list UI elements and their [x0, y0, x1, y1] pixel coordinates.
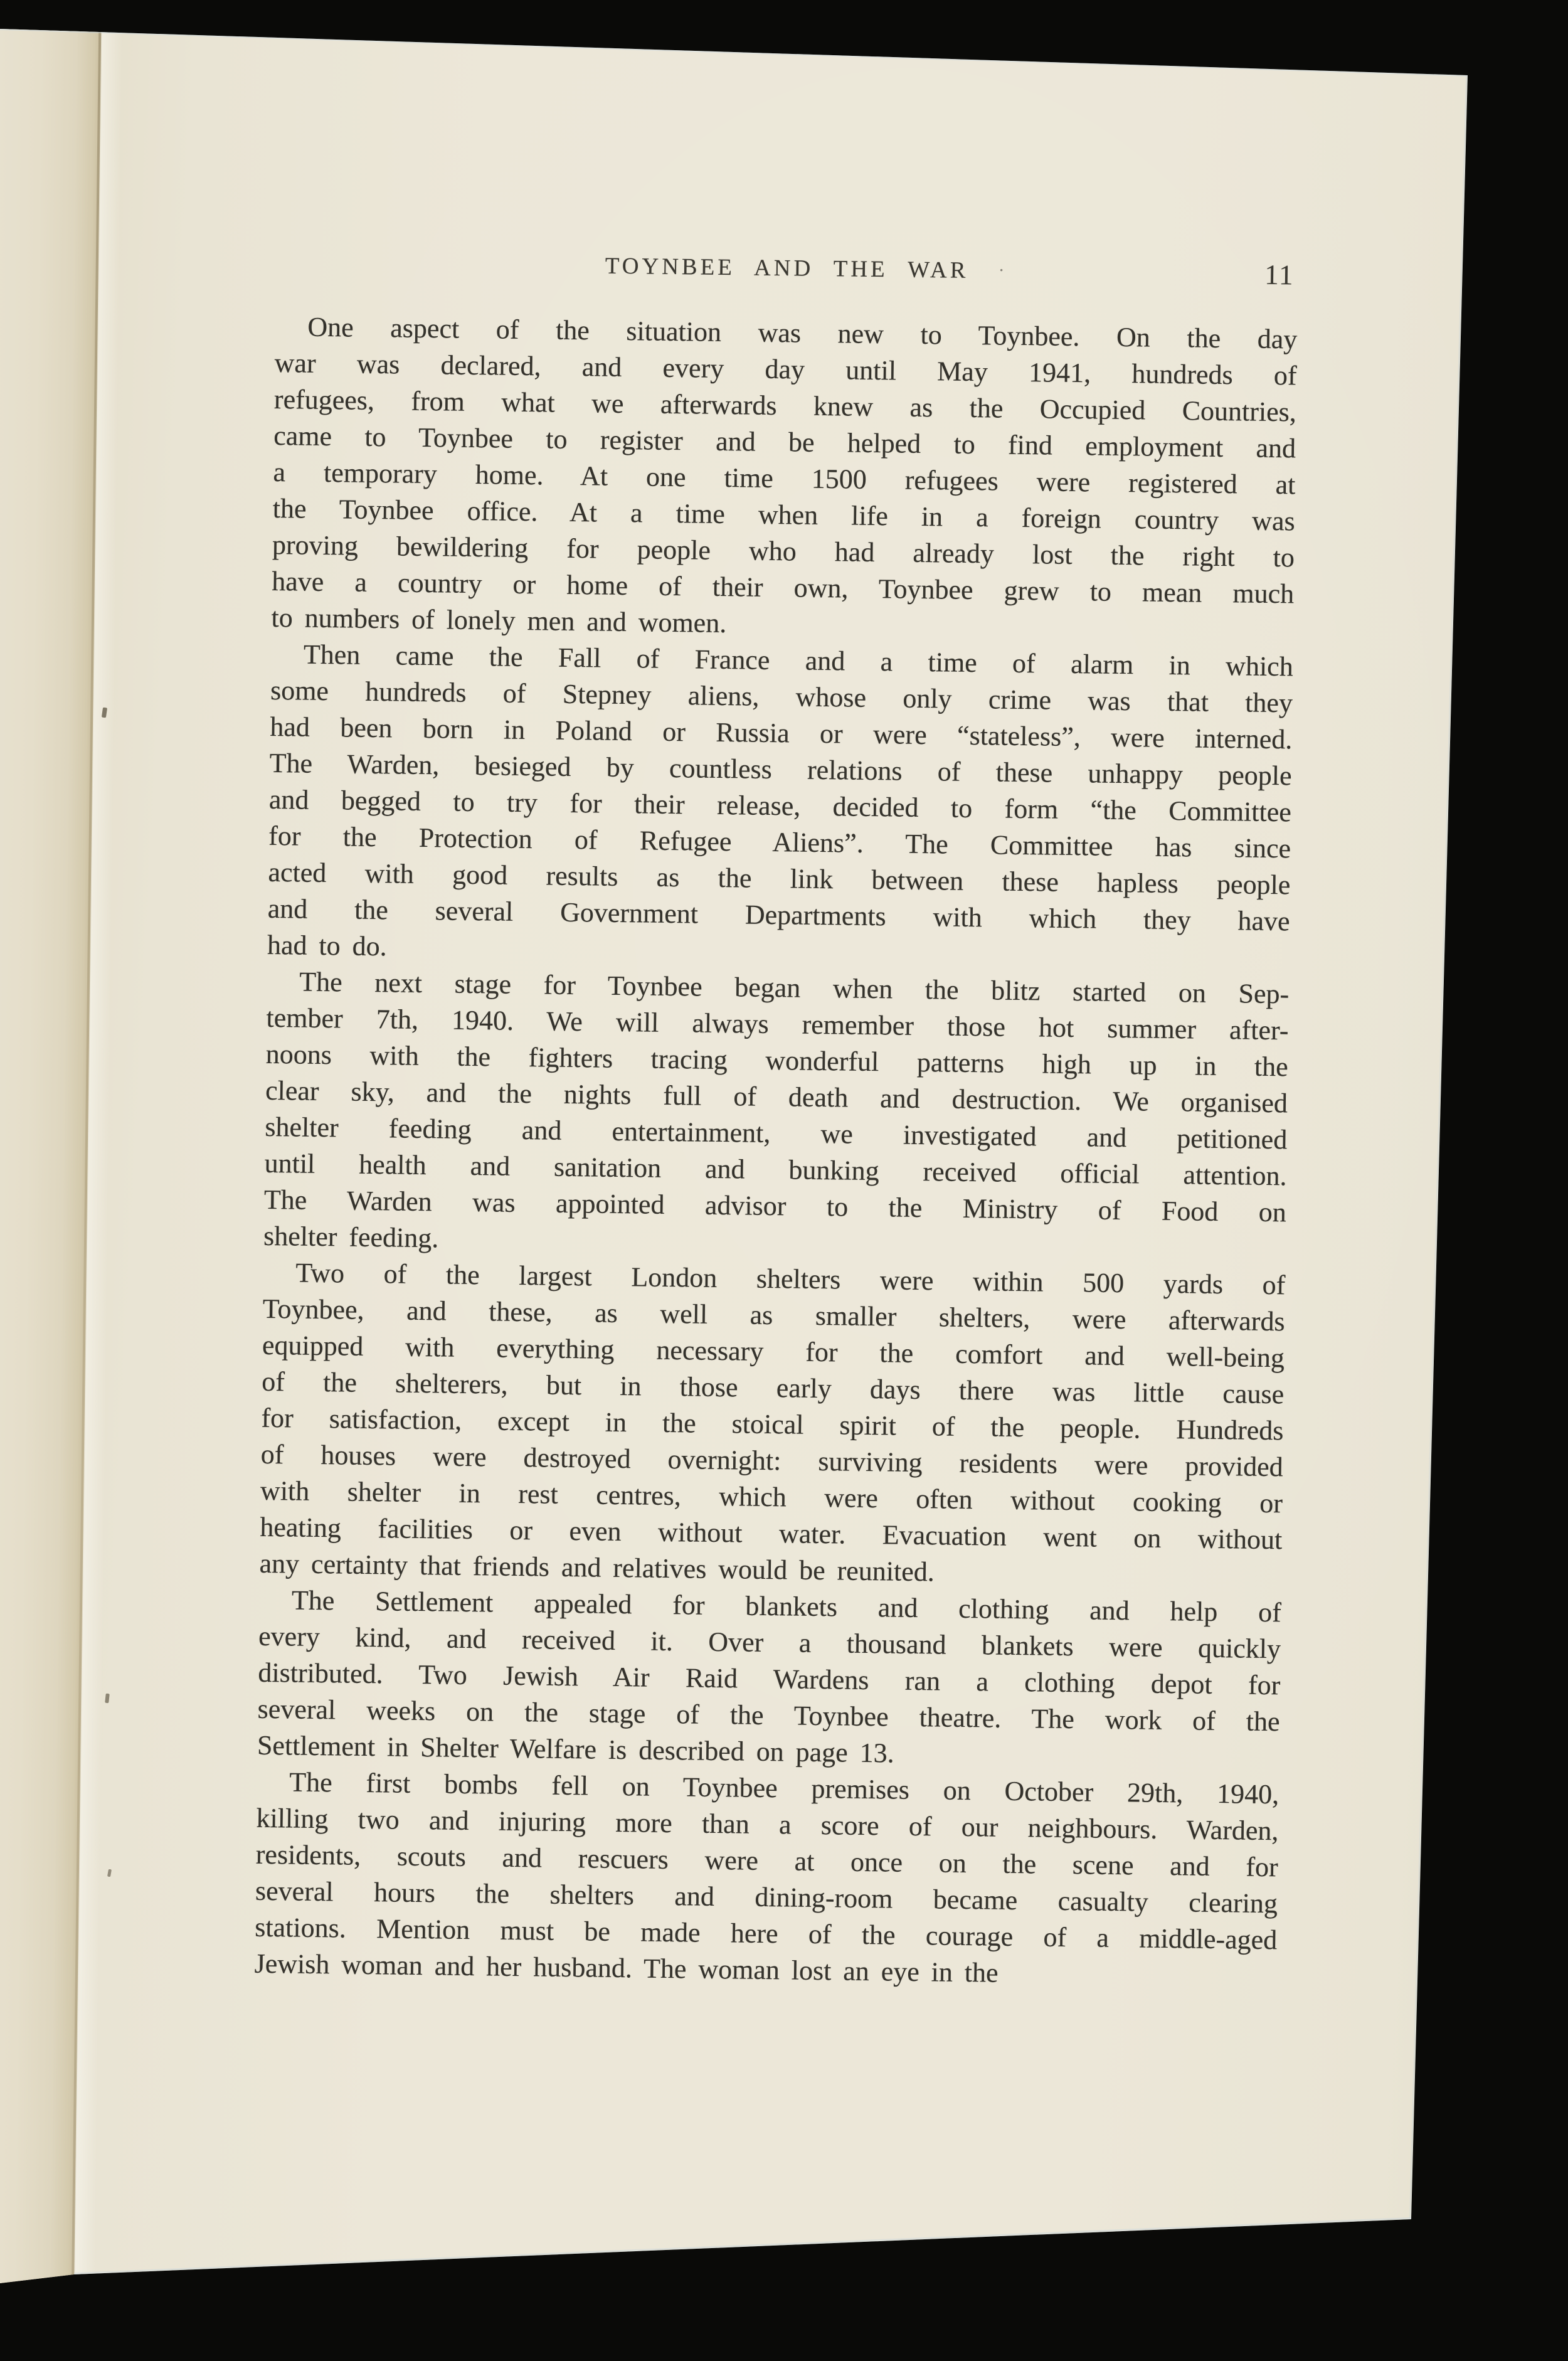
printed-content: TOYNBEE AND THE WAR · 11 One aspect of t…	[254, 248, 1298, 1995]
body-text: One aspect of the situation was new to T…	[254, 309, 1297, 1995]
page-top-edge	[0, 28, 1470, 77]
chapter-title: TOYNBEE AND THE WAR	[605, 253, 969, 284]
book-page: TOYNBEE AND THE WAR · 11 One aspect of t…	[0, 0, 1568, 2361]
page-speck	[105, 1694, 110, 1704]
page-speck	[107, 1869, 112, 1877]
page-number: 11	[1264, 258, 1295, 292]
page-right-edge	[1409, 75, 1468, 2222]
page-bottom-edge	[74, 2217, 1415, 2275]
running-head: TOYNBEE AND THE WAR · 11	[275, 248, 1298, 294]
ink-mark: ·	[998, 260, 1004, 281]
